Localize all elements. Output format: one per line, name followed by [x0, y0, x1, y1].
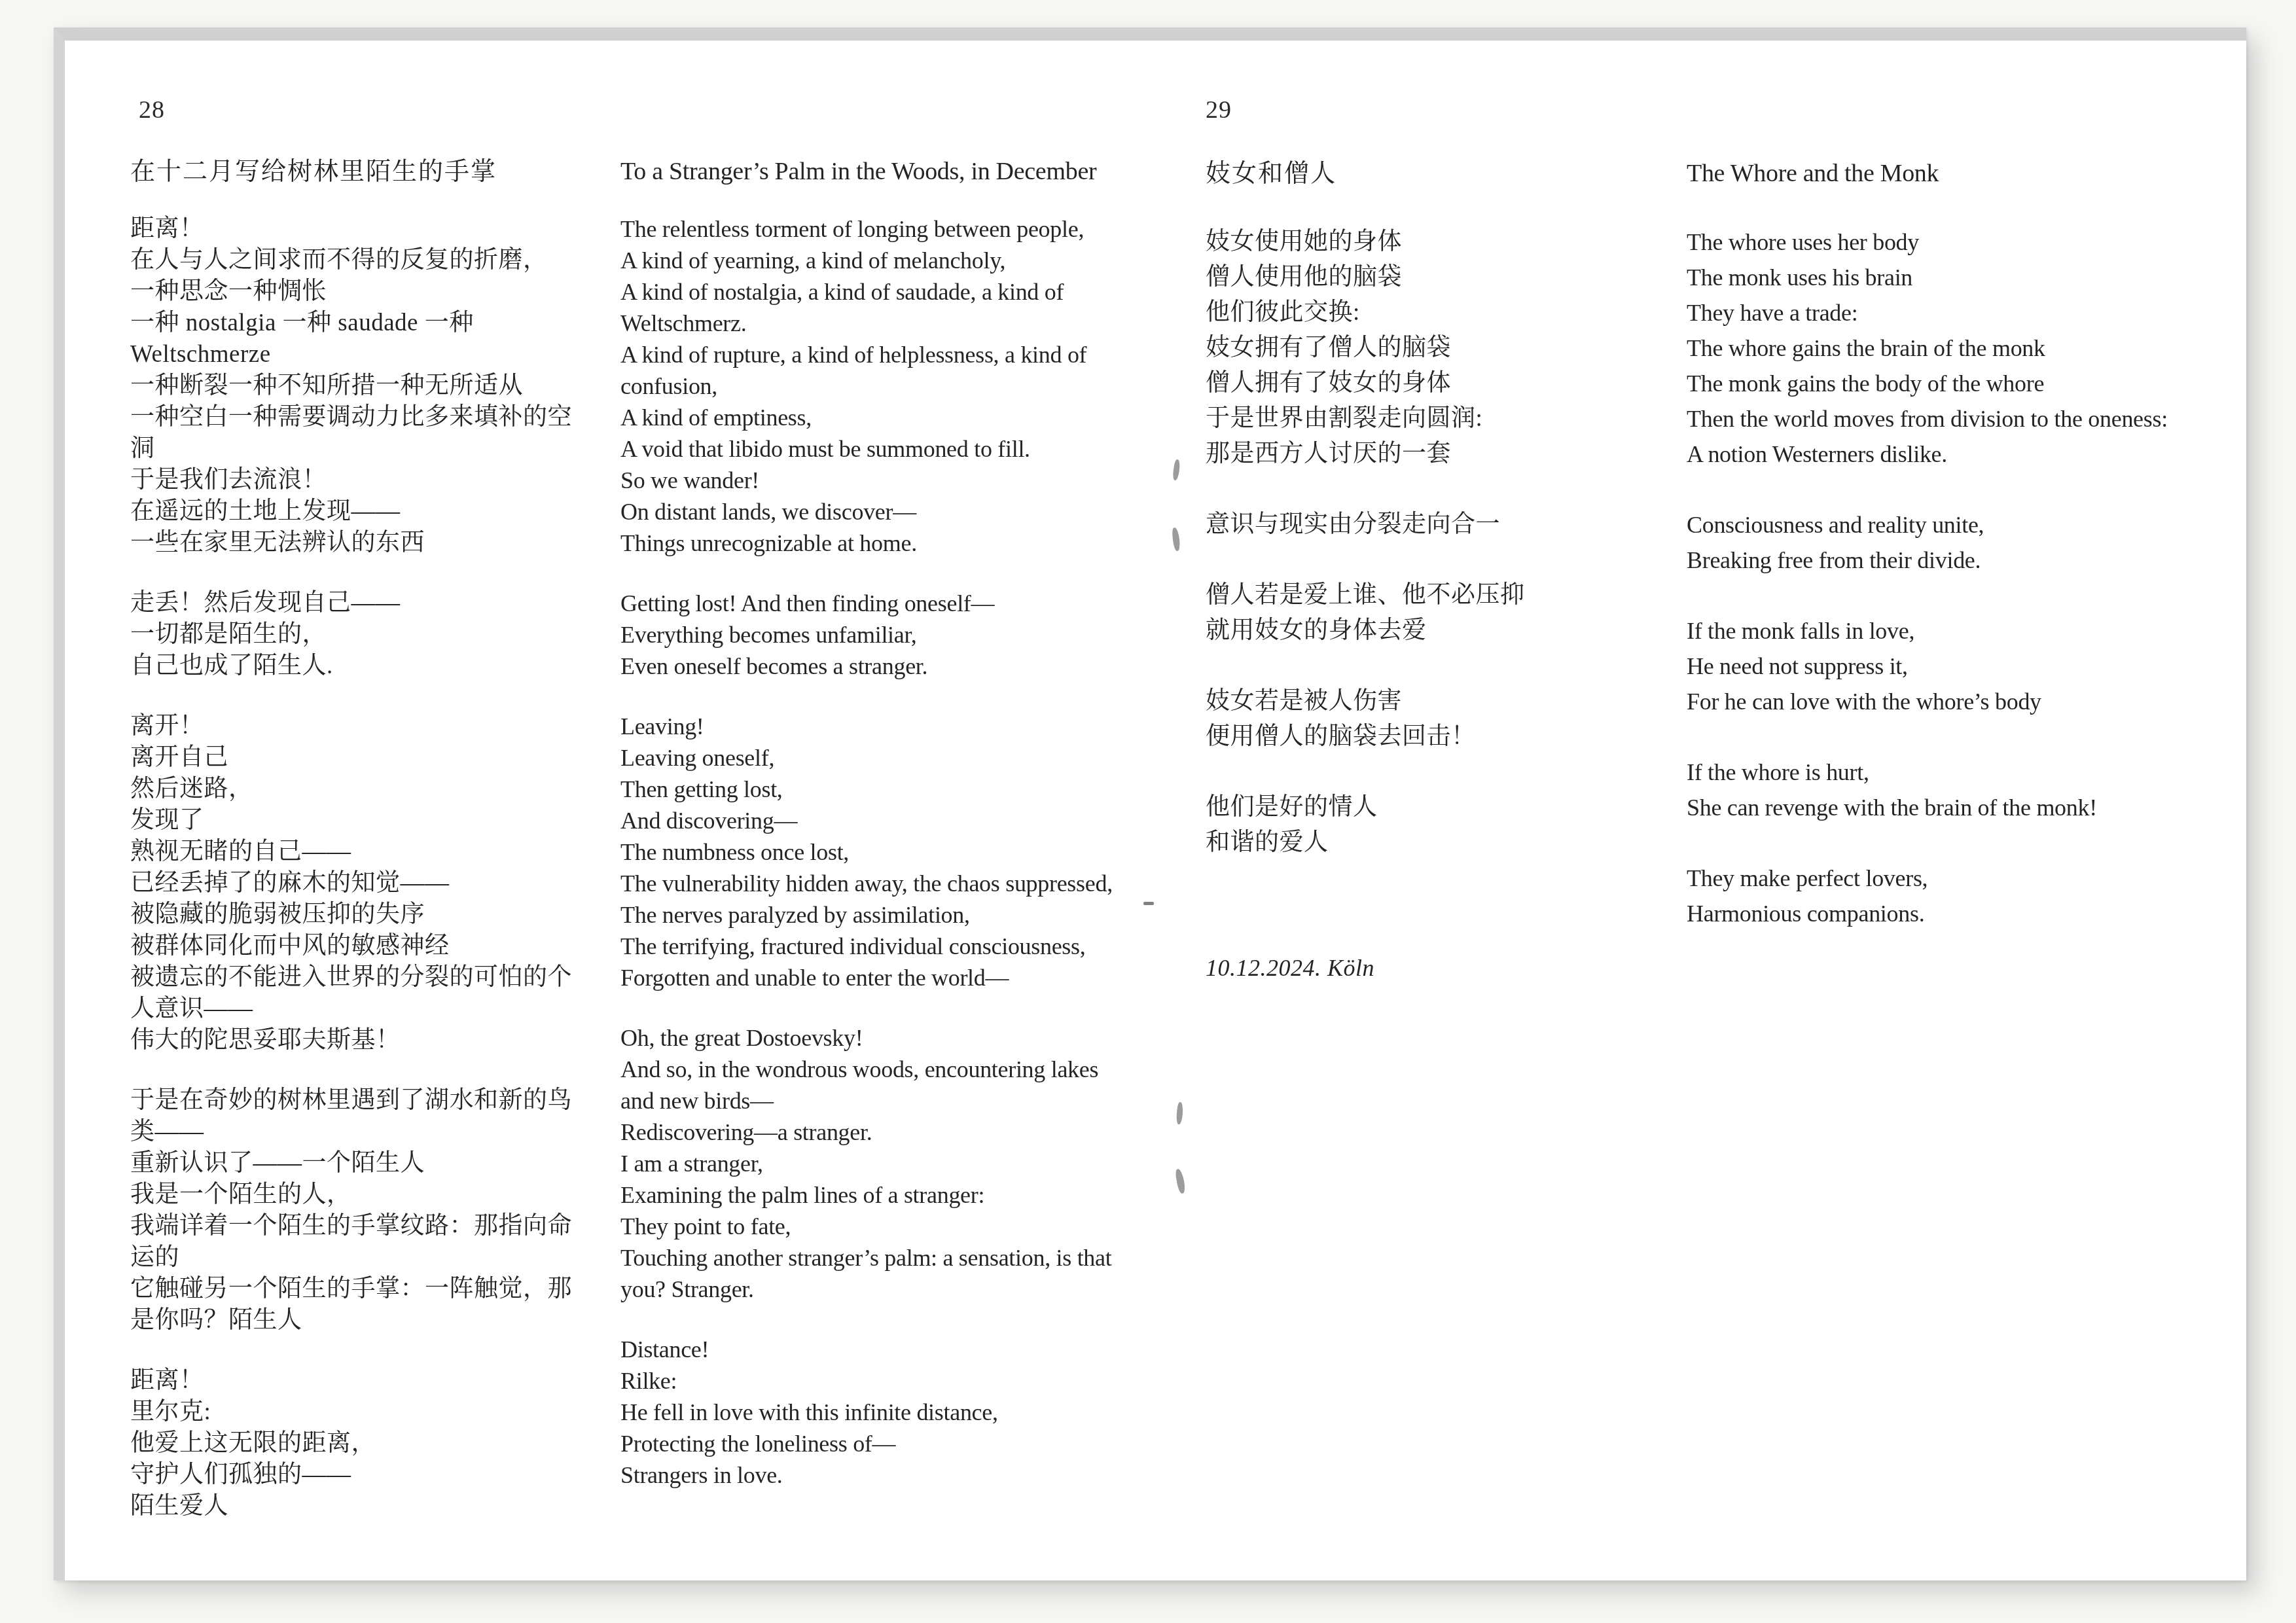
poem-line: 僧人使用他的脑袋	[1206, 260, 1525, 295]
poem-line: Consciousness and reality unite,	[1687, 507, 2168, 543]
scanned-book-spread: { "document": { "kind": "scanned poetry …	[0, 0, 2296, 1623]
poem-line: confusion,	[620, 370, 1113, 402]
poem-title-english-left: To a Stranger’s Palm in the Woods, in De…	[620, 156, 1113, 187]
poem-line: 于是在奇妙的树林里遇到了湖水和新的鸟	[130, 1085, 572, 1116]
poem-line: Leaving oneself,	[620, 742, 1113, 774]
stanza: The whore uses her bodyThe monk uses his…	[1687, 224, 2168, 472]
stanza: 走丢！然后发现自己——一切都是陌生的，自己也成了陌生人.	[130, 588, 572, 682]
poem-line: The whore uses her body	[1687, 224, 2168, 260]
poem-line: Then the world moves from division to th…	[1687, 401, 2168, 437]
stanza: If the whore is hurt,She can revenge wit…	[1687, 755, 2168, 825]
poem-title-english-right: The Whore and the Monk	[1687, 156, 2168, 191]
poem-line: A kind of nostalgia, a kind of saudade, …	[620, 276, 1113, 308]
poem-line: 我端详着一个陌生的手掌纹路：那指向命	[130, 1211, 572, 1242]
poem-title-chinese-right: 妓女和僧人	[1206, 156, 1525, 191]
poem-line: He fell in love with this infinite dista…	[620, 1397, 1113, 1428]
poem-line: 一种断裂一种不知所措一种无所适从	[130, 370, 572, 402]
poem-line: and new birds—	[620, 1085, 1113, 1116]
stanza: Getting lost! And then finding oneself—E…	[620, 588, 1113, 682]
poem-line: Breaking free from their divide.	[1687, 543, 2168, 578]
poem-title-chinese-left: 在十二月写给树林里陌生的手掌	[130, 156, 572, 187]
poem-line: They have a trade:	[1687, 295, 2168, 330]
stanza: 他们是好的情人和谐的爱人	[1206, 790, 1525, 861]
poem-line: 一种 nostalgia 一种 saudade 一种	[130, 308, 572, 339]
poem-line: Examining the palm lines of a stranger:	[620, 1179, 1113, 1211]
ink-smudge	[1143, 902, 1154, 905]
stanza: 距离！在人与人之间求而不得的反复的折磨，一种思念一种惆怅一种 nostalgia…	[130, 213, 572, 559]
poem-line: 意识与现实由分裂走向合一	[1206, 507, 1525, 543]
poem-line: 他爱上这无限的距离，	[130, 1428, 572, 1459]
ink-smudge	[1172, 459, 1181, 481]
poem-line: 被遗忘的不能进入世界的分裂的可怕的个	[130, 962, 572, 993]
poem-line: And so, in the wondrous woods, encounter…	[620, 1054, 1113, 1085]
poem-line: Forgotten and unable to enter the world—	[620, 962, 1113, 993]
poem-line: Leaving!	[620, 711, 1113, 742]
poem-line: If the whore is hurt,	[1687, 755, 2168, 790]
poem-line: 妓女若是被人伤害	[1206, 684, 1525, 719]
poem-line: The terrifying, fractured individual con…	[620, 931, 1113, 962]
right-page-chinese-column: 妓女和僧人 妓女使用她的身体僧人使用他的脑袋他们彼此交换:妓女拥有了僧人的脑袋僧…	[1206, 156, 1525, 986]
poem-line: 洞	[130, 433, 572, 465]
page-number-right: 29	[1206, 96, 1232, 124]
poem-line: They point to fate,	[620, 1211, 1113, 1242]
poem-line: 他们彼此交换:	[1206, 295, 1525, 330]
poem-line: A kind of emptiness,	[620, 402, 1113, 433]
poem-line: If the monk falls in love,	[1687, 613, 2168, 649]
poem-line: The relentless torment of longing betwee…	[620, 213, 1113, 245]
poem-line: 和谐的爱人	[1206, 825, 1525, 861]
poem-line: 那是西方人讨厌的一套	[1206, 437, 1525, 472]
poem-line: 便用僧人的脑袋去回击！	[1206, 719, 1525, 755]
poem-line: Getting lost! And then finding oneself—	[620, 588, 1113, 619]
stanza: Distance!Rilke:He fell in love with this…	[620, 1334, 1113, 1491]
poem-line: Weltschmerz.	[620, 308, 1113, 339]
poem-line: 伟大的陀思妥耶夫斯基！	[130, 1025, 572, 1056]
stanza: 意识与现实由分裂走向合一	[1206, 507, 1525, 543]
poem-line: A void that libido must be summoned to f…	[620, 433, 1113, 465]
poem-line: 走丢！然后发现自己——	[130, 588, 572, 619]
poem-line: The monk gains the body of the whore	[1687, 366, 2168, 401]
left-page-chinese-column: 在十二月写给树林里陌生的手掌 距离！在人与人之间求而不得的反复的折磨，一种思念一…	[130, 156, 572, 1522]
poem-line: 妓女使用她的身体	[1206, 224, 1525, 260]
poem-line: The vulnerability hidden away, the chaos…	[620, 868, 1113, 899]
poem-line: you? Stranger.	[620, 1274, 1113, 1305]
poem-line: 类——	[130, 1116, 572, 1148]
poem-line: Then getting lost,	[620, 774, 1113, 805]
poem-line: 熟视无睹的自己——	[130, 836, 572, 868]
poem-line: 在人与人之间求而不得的反复的折磨，	[130, 245, 572, 276]
poem-line: A kind of rupture, a kind of helplessnes…	[620, 339, 1113, 370]
poem-line: 被隐藏的脆弱被压抑的失序	[130, 899, 572, 931]
poem-line: Rilke:	[620, 1365, 1113, 1397]
poem-line: The numbness once lost,	[620, 836, 1113, 868]
poem-line: Distance!	[620, 1334, 1113, 1365]
poem-line: 僧人若是爱上谁、他不必压抑	[1206, 578, 1525, 613]
poem-line: Everything becomes unfamiliar,	[620, 619, 1113, 651]
ink-smudge	[1172, 527, 1181, 552]
poem-line: 一种思念一种惆怅	[130, 276, 572, 308]
poem-line: 然后迷路，	[130, 774, 572, 805]
poem-line: 被群体同化而中风的敏感神经	[130, 931, 572, 962]
poem-line: He need not suppress it,	[1687, 649, 2168, 684]
poem-line: 重新认识了——一个陌生人	[130, 1148, 572, 1179]
poem-line: Things unrecognizable at home.	[620, 527, 1113, 559]
poem-line: They make perfect lovers,	[1687, 861, 2168, 896]
stanza: 妓女使用她的身体僧人使用他的脑袋他们彼此交换:妓女拥有了僧人的脑袋僧人拥有了妓女…	[1206, 224, 1525, 472]
book-spread-page: 28 29 在十二月写给树林里陌生的手掌 距离！在人与人之间求而不得的反复的折磨…	[54, 27, 2246, 1580]
poem-line: 离开自己	[130, 742, 572, 774]
poem-line: Oh, the great Dostoevsky!	[620, 1022, 1113, 1054]
stanza: They make perfect lovers,Harmonious comp…	[1687, 861, 2168, 931]
poem-line: Strangers in love.	[620, 1459, 1113, 1491]
poem-line: Rediscovering—a stranger.	[620, 1116, 1113, 1148]
poem-line: Protecting the loneliness of—	[620, 1428, 1113, 1459]
poem-line: 就用妓女的身体去爱	[1206, 613, 1525, 649]
poem-line: Harmonious companions.	[1687, 896, 2168, 931]
poem-line: 僧人拥有了妓女的身体	[1206, 366, 1525, 401]
poem-line: 人意识——	[130, 993, 572, 1025]
ink-smudge	[1175, 1168, 1186, 1194]
stanza: Oh, the great Dostoevsky!And so, in the …	[620, 1022, 1113, 1305]
poem-line: 一切都是陌生的，	[130, 619, 572, 651]
poem-line: 守护人们孤独的——	[130, 1459, 572, 1491]
poem-line: I am a stranger,	[620, 1148, 1113, 1179]
poem-line: Even oneself becomes a stranger.	[620, 651, 1113, 682]
poem-line: 它触碰另一个陌生的手掌：一阵触觉，那	[130, 1274, 572, 1305]
poem-line: And discovering—	[620, 805, 1113, 836]
poem-line: 离开！	[130, 711, 572, 742]
poem-line: The nerves paralyzed by assimilation,	[620, 899, 1113, 931]
stanza: 僧人若是爱上谁、他不必压抑就用妓女的身体去爱	[1206, 578, 1525, 649]
ink-smudge	[142, 816, 146, 820]
poem-line: She can revenge with the brain of the mo…	[1687, 790, 2168, 825]
poem-line: On distant lands, we discover—	[620, 496, 1113, 527]
poem-line: 距离！	[130, 1365, 572, 1397]
stanza: 妓女若是被人伤害便用僧人的脑袋去回击！	[1206, 684, 1525, 755]
poem-line: 距离！	[130, 213, 572, 245]
stanza: 离开！离开自己然后迷路，发现了熟视无睹的自己——已经丢掉了的麻木的知觉——被隐藏…	[130, 711, 572, 1056]
left-page-english-column: To a Stranger’s Palm in the Woods, in De…	[620, 156, 1113, 1491]
poem-line: 自己也成了陌生人.	[130, 651, 572, 682]
stanza: Consciousness and reality unite,Breaking…	[1687, 507, 2168, 578]
poem-line: 一些在家里无法辨认的东西	[130, 527, 572, 559]
poem-line: Touching another stranger’s palm: a sens…	[620, 1242, 1113, 1274]
poem-line: A notion Westerners dislike.	[1687, 437, 2168, 472]
poem-line: 陌生爱人	[130, 1491, 572, 1522]
stanza: 于是在奇妙的树林里遇到了湖水和新的鸟类——重新认识了——一个陌生人我是一个陌生的…	[130, 1085, 572, 1336]
page-number-left: 28	[139, 96, 165, 124]
poem-dateline: 10.12.2024. Köln	[1206, 950, 1525, 986]
poem-line: 于是世界由割裂走向圆润:	[1206, 401, 1525, 437]
poem-line: 于是我们去流浪！	[130, 465, 572, 496]
ink-smudge	[1176, 1102, 1184, 1125]
stanza: Leaving!Leaving oneself,Then getting los…	[620, 711, 1113, 993]
poem-line: So we wander!	[620, 465, 1113, 496]
poem-line: 发现了	[130, 805, 572, 836]
poem-line: 在遥远的土地上发现——	[130, 496, 572, 527]
stanza: If the monk falls in love,He need not su…	[1687, 613, 2168, 719]
poem-line: 已经丢掉了的麻木的知觉——	[130, 868, 572, 899]
poem-line: Weltschmerze	[130, 339, 572, 370]
poem-line: 一种空白一种需要调动力比多来填补的空	[130, 402, 572, 433]
poem-line: 他们是好的情人	[1206, 790, 1525, 825]
poem-line: 是你吗？陌生人	[130, 1305, 572, 1336]
stanza: 距离！里尔克:他爱上这无限的距离，守护人们孤独的——陌生爱人	[130, 1365, 572, 1522]
poem-line: A kind of yearning, a kind of melancholy…	[620, 245, 1113, 276]
poem-line: 我是一个陌生的人，	[130, 1179, 572, 1211]
poem-line: 里尔克:	[130, 1397, 572, 1428]
poem-line: 妓女拥有了僧人的脑袋	[1206, 330, 1525, 366]
poem-line: The monk uses his brain	[1687, 260, 2168, 295]
stanza: The relentless torment of longing betwee…	[620, 213, 1113, 559]
right-page-english-column: The Whore and the Monk The whore uses he…	[1687, 156, 2168, 931]
poem-line: The whore gains the brain of the monk	[1687, 330, 2168, 366]
poem-line: 运的	[130, 1242, 572, 1274]
poem-line: For he can love with the whore’s body	[1687, 684, 2168, 719]
